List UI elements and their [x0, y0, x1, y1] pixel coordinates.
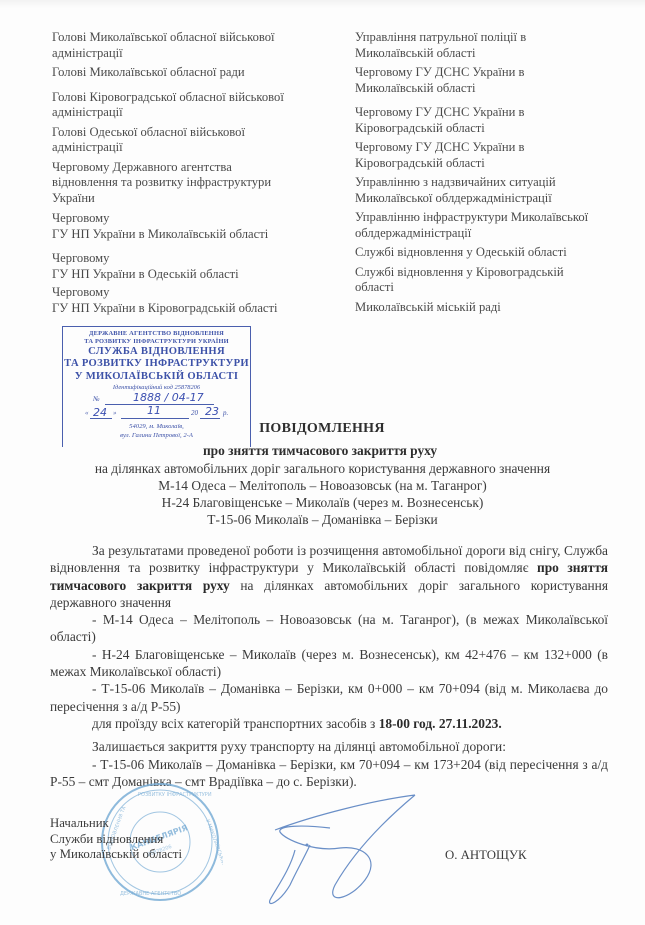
document-page: Голові Миколаївської обласної військової… — [0, 0, 645, 925]
notice-scope-line: на ділянках автомобільних доріг загально… — [0, 460, 645, 477]
stamp-month: 11 — [147, 404, 161, 417]
intro-paragraph: За результатами проведеної роботи із роз… — [50, 542, 608, 611]
recipient: Голові Миколаївської обласної ради — [52, 65, 322, 81]
road-title: М-14 Одеса – Мелітополь – Новоазовськ (н… — [0, 477, 645, 494]
recipient: Управлінню з надзвичайних ситуацій Микол… — [355, 175, 625, 206]
recipient: Голові Миколаївської обласної військової… — [52, 30, 322, 61]
signatory-name: О. АНТОЩУК — [445, 848, 527, 864]
road-item: - Т-15-06 Миколаїв – Доманівка – Берізки… — [50, 680, 608, 715]
road-item: - Н-24 Благовіщенське – Миколаїв (через … — [50, 646, 608, 681]
recipient: Черговому ГУ ДСНС України в Миколаївські… — [355, 65, 625, 96]
recipient-list-left: Голові Миколаївської обласної військової… — [52, 30, 322, 316]
stamp-year: 23 — [205, 405, 219, 418]
svg-text:ДЕРЖАВНЕ АГЕНТСТВО: ДЕРЖАВНЕ АГЕНТСТВО — [120, 891, 181, 897]
recipient: Миколаївській міській раді — [355, 300, 625, 316]
svg-text:У МИКОЛАЇВСЬКІЙ: У МИКОЛАЇВСЬКІЙ — [204, 818, 223, 866]
recipient: Черговому ГУ НП України в Кіровоградські… — [52, 285, 322, 316]
recipient: Управління патрульної поліції в Миколаїв… — [355, 30, 625, 61]
passage-line: для проїзду всіх категорій транспортних … — [50, 715, 608, 732]
recipient: Управлінню інфраструктури Миколаївської … — [355, 210, 625, 241]
recipient: Службі відновлення у Кіровоградській обл… — [355, 265, 625, 296]
stamp-agency-line: ДЕРЖАВНЕ АГЕНТСТВО ВІДНОВЛЕННЯ — [63, 330, 250, 338]
notice-subtitle: про зняття тимчасового закриття руху — [80, 443, 560, 459]
recipient: Черговому ГУ ДСНС України в Кіровоградсь… — [355, 140, 625, 171]
svg-text:РОЗВИТКУ ІНФРАСТРУКТУРИ: РОЗВИТКУ ІНФРАСТРУКТУРИ — [138, 792, 212, 798]
road-title: Т-15-06 Миколаїв – Доманівка – Берізки — [0, 511, 645, 528]
road-item: - М-14 Одеса – Мелітополь – Новоазовськ … — [50, 611, 608, 646]
notice-title: ПОВІДОМЛЕННЯ — [57, 421, 587, 437]
recipient: Службі відновлення у Одеській області — [355, 245, 625, 261]
notice-body: За результатами проведеної роботи із роз… — [50, 542, 608, 790]
recipient: Черговому Державного агентства відновлен… — [52, 160, 322, 207]
stamp-service-line: СЛУЖБА ВІДНОВЛЕННЯ — [63, 346, 250, 358]
remains-closed-line: Залишається закриття руху транспорту на … — [50, 738, 608, 755]
stamp-agency-line: ТА РОЗВИТКУ ІНФРАСТРУКТУРИ УКРАЇНИ — [63, 338, 250, 346]
handwritten-signature-icon — [255, 790, 425, 910]
recipient-list-right: Управління патрульної поліції в Миколаїв… — [355, 30, 625, 315]
signatory-position: Начальник Служби відновлення у Миколаївс… — [50, 816, 182, 863]
recipient: Голові Одеської обласної військової адмі… — [52, 125, 322, 156]
stamp-number-handwritten: 1888 / 04-17 — [133, 391, 204, 404]
recipient: Черговому ГУ НП України в Одеській облас… — [52, 251, 322, 282]
stamp-service-line: ТА РОЗВИТКУ ІНФРАСТРУКТУРИ — [63, 358, 250, 370]
recipient: Голові Кіровоградської обласної військов… — [52, 90, 322, 121]
recipient: Черговому ГУ НП України в Миколаївській … — [52, 211, 322, 242]
stamp-service-line: У МИКОЛАЇВСЬКІЙ ОБЛАСТІ — [63, 371, 250, 383]
stamp-date-row: « 24 » 11 20 23 р. — [63, 406, 250, 420]
recipient: Черговому ГУ ДСНС України в Кіровоградсь… — [355, 105, 625, 136]
road-title: Н-24 Благовіщенське – Миколаїв (через м.… — [0, 494, 645, 511]
